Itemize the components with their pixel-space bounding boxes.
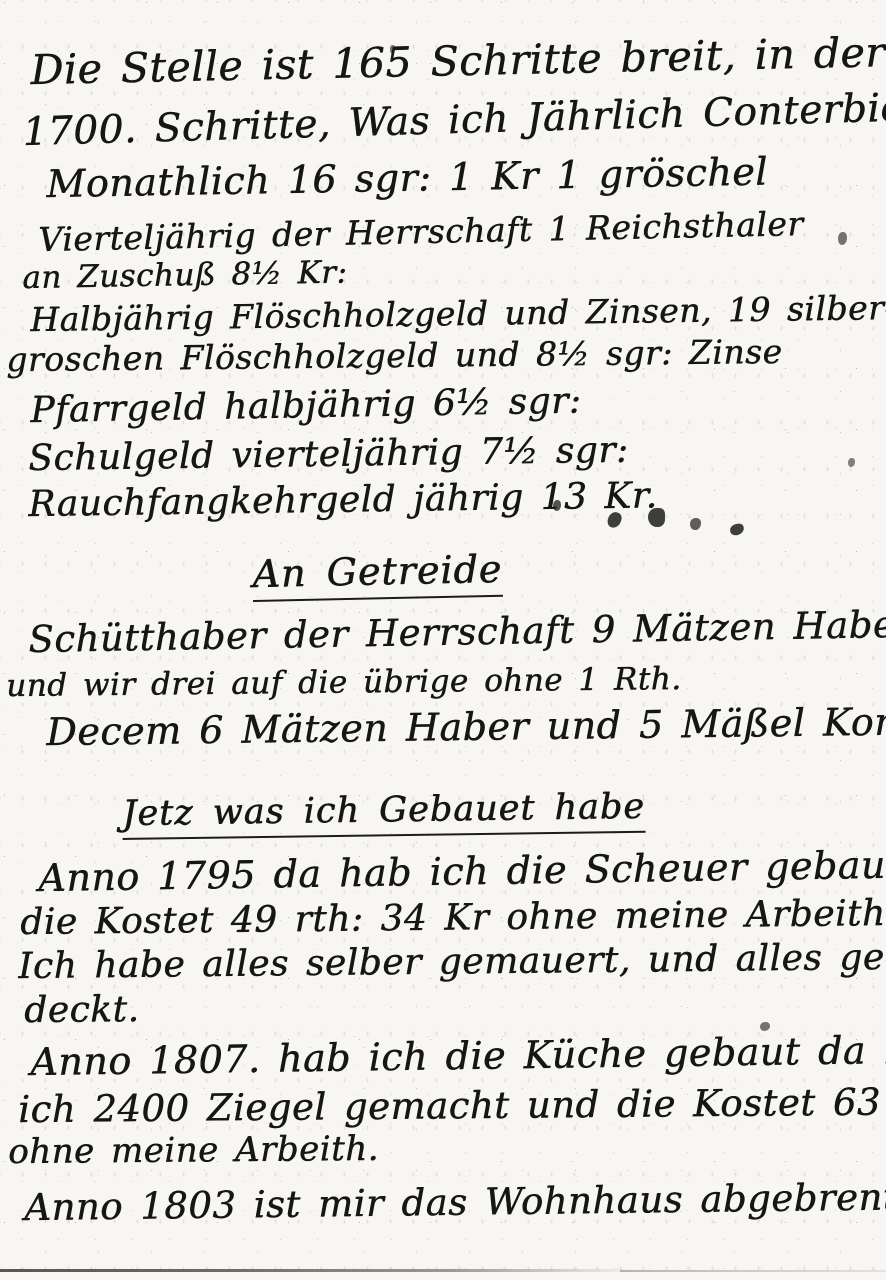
ink-blot	[729, 522, 745, 536]
manuscript-line: ich 2400 Ziegel gemacht und die Kostet 6…	[18, 1080, 886, 1131]
scan-edge-line	[0, 1269, 640, 1272]
manuscript-line: 1700. Schritte, Was ich Jährlich Conterb…	[22, 84, 886, 155]
manuscript-line: die Kostet 49 rth: 34 Kr ohne meine Arbe…	[20, 893, 886, 943]
manuscript-line: und wir drei auf die übrige ohne 1 Rth.	[6, 661, 682, 704]
ink-blot	[690, 518, 701, 530]
scan-edge-line	[620, 1270, 886, 1272]
manuscript-line: Anno 1803 ist mir das Wohnhaus abgebrent…	[24, 1174, 886, 1229]
manuscript-line: groschen Flöschholzgeld und 8½ sgr: Zins…	[6, 332, 783, 379]
manuscript-line: Pfarrgeld halbjährig 6½ sgr:	[30, 380, 582, 431]
manuscript-line: Anno 1807. hab ich die Küche gebaut da h…	[30, 1027, 886, 1084]
ink-blot	[848, 458, 855, 467]
manuscript-line: deckt.	[24, 989, 140, 1031]
manuscript-line: Schütthaber der Herrschaft 9 Mätzen Habe…	[28, 603, 886, 661]
manuscript-line: Monathlich 16 sgr: 1 Kr 1 gröschel	[46, 149, 768, 206]
ink-blot	[838, 232, 847, 245]
manuscript-line: Rauchfangkehrgeld jährig 13 Kr.	[28, 475, 658, 525]
manuscript-line: ohne meine Arbeith.	[8, 1129, 379, 1172]
manuscript-page: Die Stelle ist 165 Schritte breit, in de…	[0, 0, 886, 1280]
ink-blot	[648, 508, 665, 527]
manuscript-line: Vierteljährig der Herrschaft 1 Reichstha…	[38, 204, 804, 259]
section-heading-grain: An Getreide	[252, 547, 503, 602]
manuscript-line: Schulgeld vierteljährig 7½ sgr:	[28, 430, 629, 479]
manuscript-line: Ich habe alles selber gemauert, und alle…	[18, 937, 886, 987]
section-heading-built: Jetz was ich Gebauet habe	[122, 787, 645, 840]
manuscript-line: Anno 1795 da hab ich die Scheuer gebaut	[38, 842, 886, 900]
manuscript-line: an Zuschuß 8½ Kr:	[22, 254, 348, 296]
manuscript-line: Decem 6 Mätzen Haber und 5 Mäßel Korn	[46, 699, 886, 754]
manuscript-line: Die Stelle ist 165 Schritte breit, in de…	[30, 25, 886, 94]
